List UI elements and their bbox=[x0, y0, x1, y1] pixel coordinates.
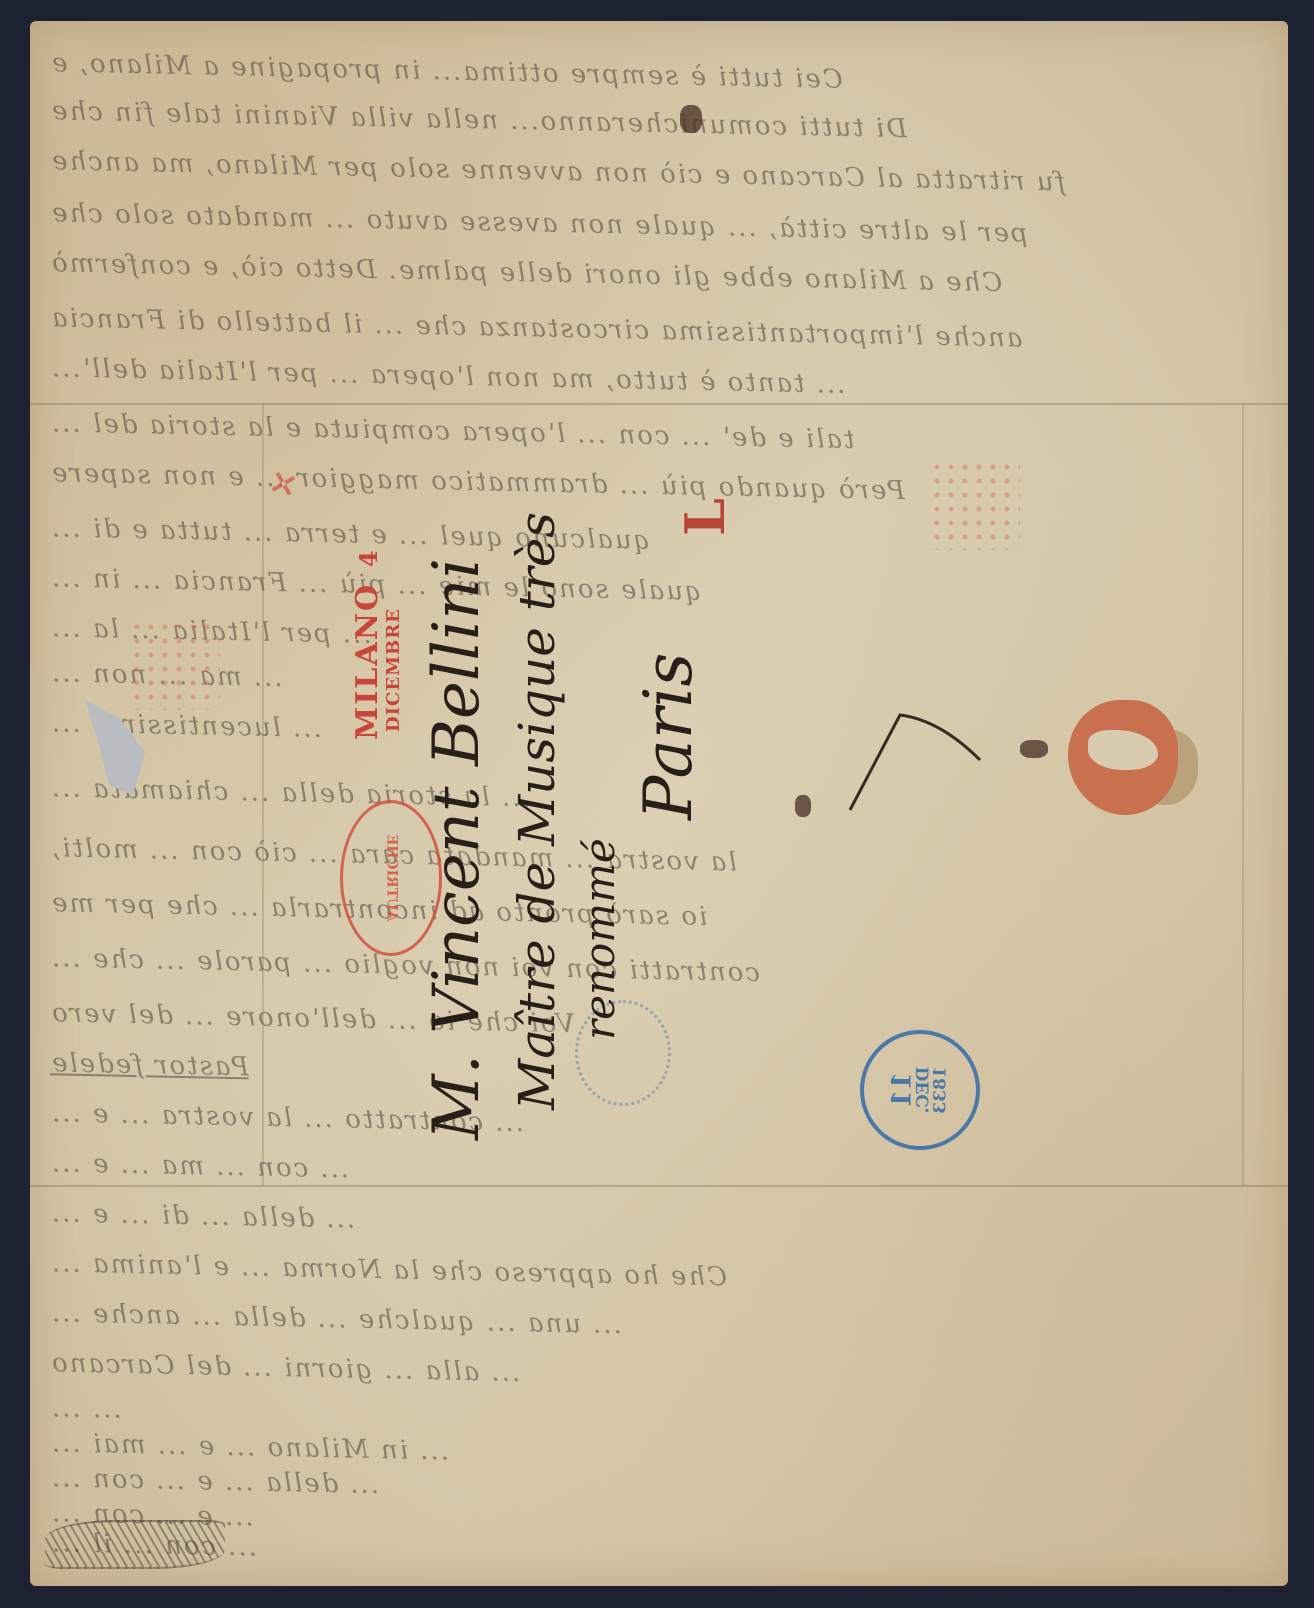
bleed-line: anche l'importantissima circostanza che … bbox=[50, 303, 1268, 359]
arrival-day: 11 bbox=[890, 1066, 916, 1113]
fold-line-horizontal-top bbox=[30, 403, 1288, 405]
paraph-flourish-icon bbox=[830, 700, 1030, 820]
fold-line-vertical-right bbox=[1242, 403, 1244, 1186]
bleed-line: fu ritratta al Carcano e ciò non avvenne… bbox=[50, 146, 1268, 202]
addressee-title-cont: renommé bbox=[575, 838, 624, 1040]
arrival-year: 1833 bbox=[933, 1066, 950, 1113]
red-ink-speckle bbox=[130, 620, 220, 710]
postmark-month: DICEMBRE bbox=[383, 540, 404, 732]
bleed-line: Che ho appreso che la Norma ... e l'anim… bbox=[50, 1248, 1268, 1304]
arrival-postmark: 11 DEC. 1833 bbox=[860, 1030, 980, 1150]
bleed-line: Di tutti comunicheranno... nella villa V… bbox=[50, 96, 1268, 152]
fold-line-horizontal-bottom bbox=[30, 1185, 1288, 1187]
wax-seal bbox=[1068, 700, 1178, 815]
ink-blot bbox=[680, 105, 702, 133]
fold-line-vertical-left bbox=[262, 403, 264, 1186]
bleed-line: Cei tutti è sempre ottima... in propagin… bbox=[50, 48, 1268, 104]
addressee-title: Maître de Musique très bbox=[508, 512, 566, 1110]
red-ink-speckle bbox=[930, 460, 1020, 550]
postmark-city: MILANO bbox=[350, 583, 385, 740]
oval-postmark-line1: AUTRICHE bbox=[383, 835, 399, 922]
address-city: Paris bbox=[630, 653, 707, 820]
bleed-line: tali e de' ... con ... l'opera compiuta … bbox=[50, 408, 1268, 464]
signature-flourish bbox=[45, 1520, 225, 1569]
bleed-line: ... una ... qualche ... della ... anche … bbox=[50, 1298, 1268, 1354]
bleed-line: ... tanto è tutto, ma non l'opera ... pe… bbox=[50, 353, 1268, 409]
addressee-name: M. Vincent Bellini bbox=[420, 558, 494, 1140]
bleed-line: ... della ... di ... e ... bbox=[50, 1198, 1268, 1254]
ink-blot bbox=[795, 795, 811, 817]
bleed-line: ... alla ... giorni ... del Carcano bbox=[50, 1348, 1268, 1404]
bleed-line: per le altre città, ... quale non avesse… bbox=[50, 198, 1268, 254]
address-block: M. Vincent Bellini Maître de Musique trè… bbox=[420, 480, 780, 1180]
bleed-line: Che a Milano ebbe gli onori delle palme.… bbox=[50, 248, 1268, 304]
postmark-day: 4 bbox=[354, 551, 383, 568]
